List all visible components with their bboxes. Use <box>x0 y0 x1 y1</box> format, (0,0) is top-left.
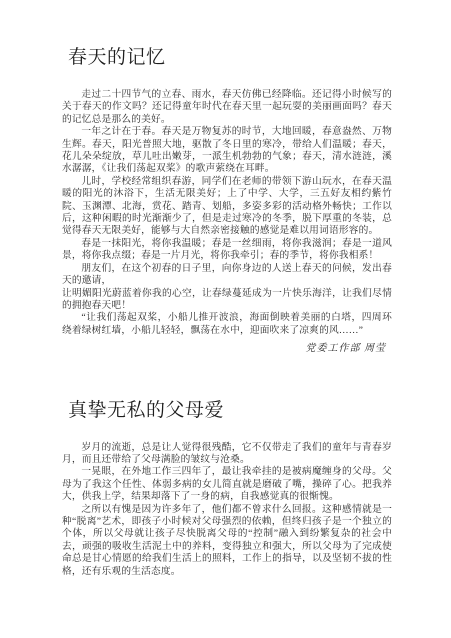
paragraph: 岁月的流逝，总是让人觉得很残酷，它不仅带走了我们的童年与青春岁月，而且还带给了父… <box>62 442 392 467</box>
article-spring-memory: 春天的记忆 走过二十四节气的立春、雨水，春天仿佛已经降临。还记得小时候写的关于春… <box>62 44 392 356</box>
paragraph: 春是一抹阳光，将你我温暖；春是一丝细雨，将你我滋润；春是一道风景，将你我点缀；春… <box>62 238 392 263</box>
paragraph-continuation: 让明媚阳光蔚蓝着你我的心空，让春绿蔓延成为一片快乐海洋，让我们尽情的拥抱春天吧！ <box>62 288 392 313</box>
article-parental-love: 真挚无私的父母爱 岁月的流逝，总是让人觉得很残酷，它不仅带走了我们的童年与青春岁… <box>62 397 392 578</box>
article-title: 真挚无私的父母爱 <box>68 397 392 425</box>
paragraph: 之所以有愧是因为许多年了，他们都不曾求什么回报。这种感情就是一种“脱离”艺术，即… <box>62 504 392 578</box>
paragraph: 朋友们，在这个初春的日子里，向你身边的人送上春天的问候，发出春天的邀请， <box>62 263 392 288</box>
paragraph-quote: “让我们荡起双桨，小船儿推开波浪，海面倒映着美丽的白塔，四周环绕着绿树红墙，小船… <box>62 312 392 337</box>
paragraph: 儿时，学校经常组织春游，同学们在老师的带领下游山玩水，在春天温暖的阳光的沐浴下，… <box>62 176 392 238</box>
paragraph: 一年之计在于春。春天是万物复苏的时节，大地回暖，春意盎然、万物生辉。春天，阳光普… <box>62 126 392 176</box>
paragraph: 走过二十四节气的立春、雨水，春天仿佛已经降临。还记得小时候写的关于春天的作文吗？… <box>62 89 392 126</box>
document-page: 春天的记忆 走过二十四节气的立春、雨水，春天仿佛已经降临。还记得小时候写的关于春… <box>0 0 451 638</box>
paragraph: 一晃眼，在外地工作三四年了，最让我牵挂的是被病魔缠身的父母。父母为了我这个任性、… <box>62 466 392 503</box>
author-signature: 党委工作部 周莹 <box>62 343 392 355</box>
article-title: 春天的记忆 <box>68 44 392 72</box>
